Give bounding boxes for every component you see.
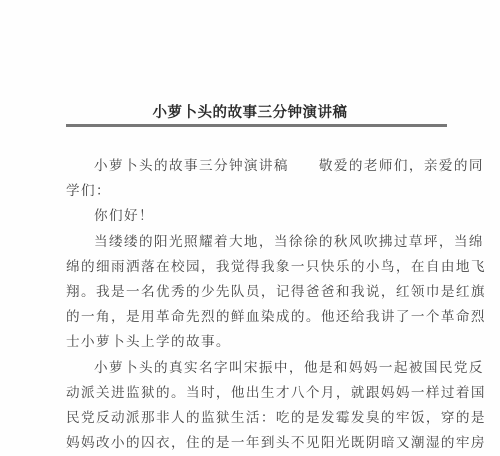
paragraph-line: 动派关进监狱的。当时，他出生才八个月，就跟妈妈一样过着国	[66, 381, 458, 406]
document-title: 小萝卜头的故事三分钟演讲稿	[0, 101, 500, 122]
paragraph-line: 小萝卜头的真实名字叫宋振中，他是和妈妈一起被国民党反	[66, 356, 458, 381]
document-body: 小萝卜头的故事三分钟演讲稿敬爱的老师们，亲爱的同 学们： 你们好！ 当缕缕的阳光…	[66, 154, 458, 456]
paragraph-line: 小萝卜头的故事三分钟演讲稿敬爱的老师们，亲爱的同	[66, 154, 458, 179]
paragraph-line: 学们：	[66, 179, 458, 204]
inline-heading: 小萝卜头的故事三分钟演讲稿	[94, 158, 289, 174]
salutation: 敬爱的老师们，亲爱的同	[319, 158, 484, 174]
paragraph-line: 翔。我是一名优秀的少先队员，记得爸爸和我说，红领巾是红旗	[66, 280, 458, 305]
paragraph-line: 绵的细雨洒落在校园，我觉得我象一只快乐的小鸟，在自由地飞	[66, 255, 458, 280]
paragraph-line: 民党反动派那非人的监狱生活：吃的是发霉发臭的牢饭，穿的是	[66, 406, 458, 431]
title-divider	[66, 124, 447, 127]
paragraph-line: 妈妈改小的囚衣，住的是一年到头不见阳光既阴暗又潮湿的牢房	[66, 431, 458, 456]
document-page: 小萝卜头的故事三分钟演讲稿 小萝卜头的故事三分钟演讲稿敬爱的老师们，亲爱的同 学…	[0, 0, 500, 456]
paragraph-line: 当缕缕的阳光照耀着大地，当徐徐的秋风吹拂过草坪，当绵	[66, 230, 458, 255]
paragraph-line: 的一角，是用革命先烈的鲜血染成的。他还给我讲了一个革命烈	[66, 305, 458, 330]
paragraph-line: 士小萝卜头上学的故事。	[66, 330, 458, 355]
greeting-line: 你们好！	[66, 204, 458, 229]
